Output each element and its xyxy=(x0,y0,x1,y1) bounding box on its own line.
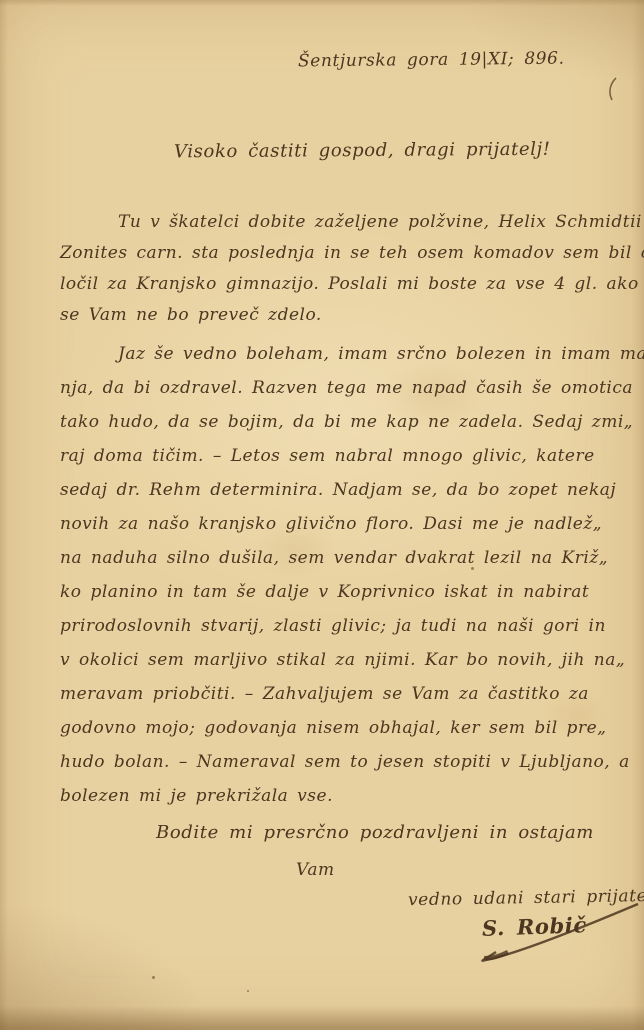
letter-line: prirodoslovnih stvarij, zlasti glivic; j… xyxy=(60,616,642,650)
letter-line: meravam priobčiti. – Zahvaljujem se Vam … xyxy=(60,684,642,718)
letter-line: hudo bolan. – Nameraval sem to jesen sto… xyxy=(60,752,642,786)
letter-dateline: Šentjurska gora 19|XI; 896. xyxy=(298,49,565,72)
stray-pen-mark xyxy=(602,76,622,106)
letter-line: tako hudo, da se bojim, da bi me kap ne … xyxy=(60,412,642,446)
ink-speck xyxy=(247,990,249,992)
letter-line: Tu v škatelci dobite zaželjene polžvine,… xyxy=(60,212,642,243)
letter-line: na naduha silno dušila, sem vendar dvakr… xyxy=(60,548,642,582)
letter-line: ko planino in tam še dalje v Koprivnico … xyxy=(60,582,642,616)
letter-line: ločil za Kranjsko gimnazijo. Poslali mi … xyxy=(60,274,642,305)
letter-line: godovno mojo; godovanja nisem obhajal, k… xyxy=(60,718,642,752)
letter-paragraph: Jaz še vedno boleham, imam srčno bolezen… xyxy=(60,344,642,820)
letter-salutation: Visoko častiti gospod, dragi prijatelj! xyxy=(174,139,551,163)
letter-line: v okolici sem marljivo stikal za njimi. … xyxy=(60,650,642,684)
letter-line: nja, da bi ozdravel. Razven tega me napa… xyxy=(60,378,642,412)
letter-closing-vam: Vam xyxy=(296,860,335,880)
letter-line: bolezen mi je prekrižala vse. xyxy=(60,786,642,820)
letter-line: sedaj dr. Rehm determinira. Nadjam se, d… xyxy=(60,480,642,514)
letter-line: Jaz še vedno boleham, imam srčno bolezen… xyxy=(60,344,642,378)
letter-line: Zonites carn. sta poslednja in se teh os… xyxy=(60,243,642,274)
letter-closing-line: Bodite mi presrčno pozdravljeni in ostaj… xyxy=(156,822,594,843)
letter-line: se Vam ne bo preveč zdelo. xyxy=(60,305,642,336)
letter-line: raj doma tičim. – Letos sem nabral mnogo… xyxy=(60,446,642,480)
signature-flourish xyxy=(426,896,642,972)
ink-speck xyxy=(152,976,155,979)
letter-line: novih za našo kranjsko glivično floro. D… xyxy=(60,514,642,548)
letter-paragraph: Tu v škatelci dobite zaželjene polžvine,… xyxy=(60,212,642,336)
